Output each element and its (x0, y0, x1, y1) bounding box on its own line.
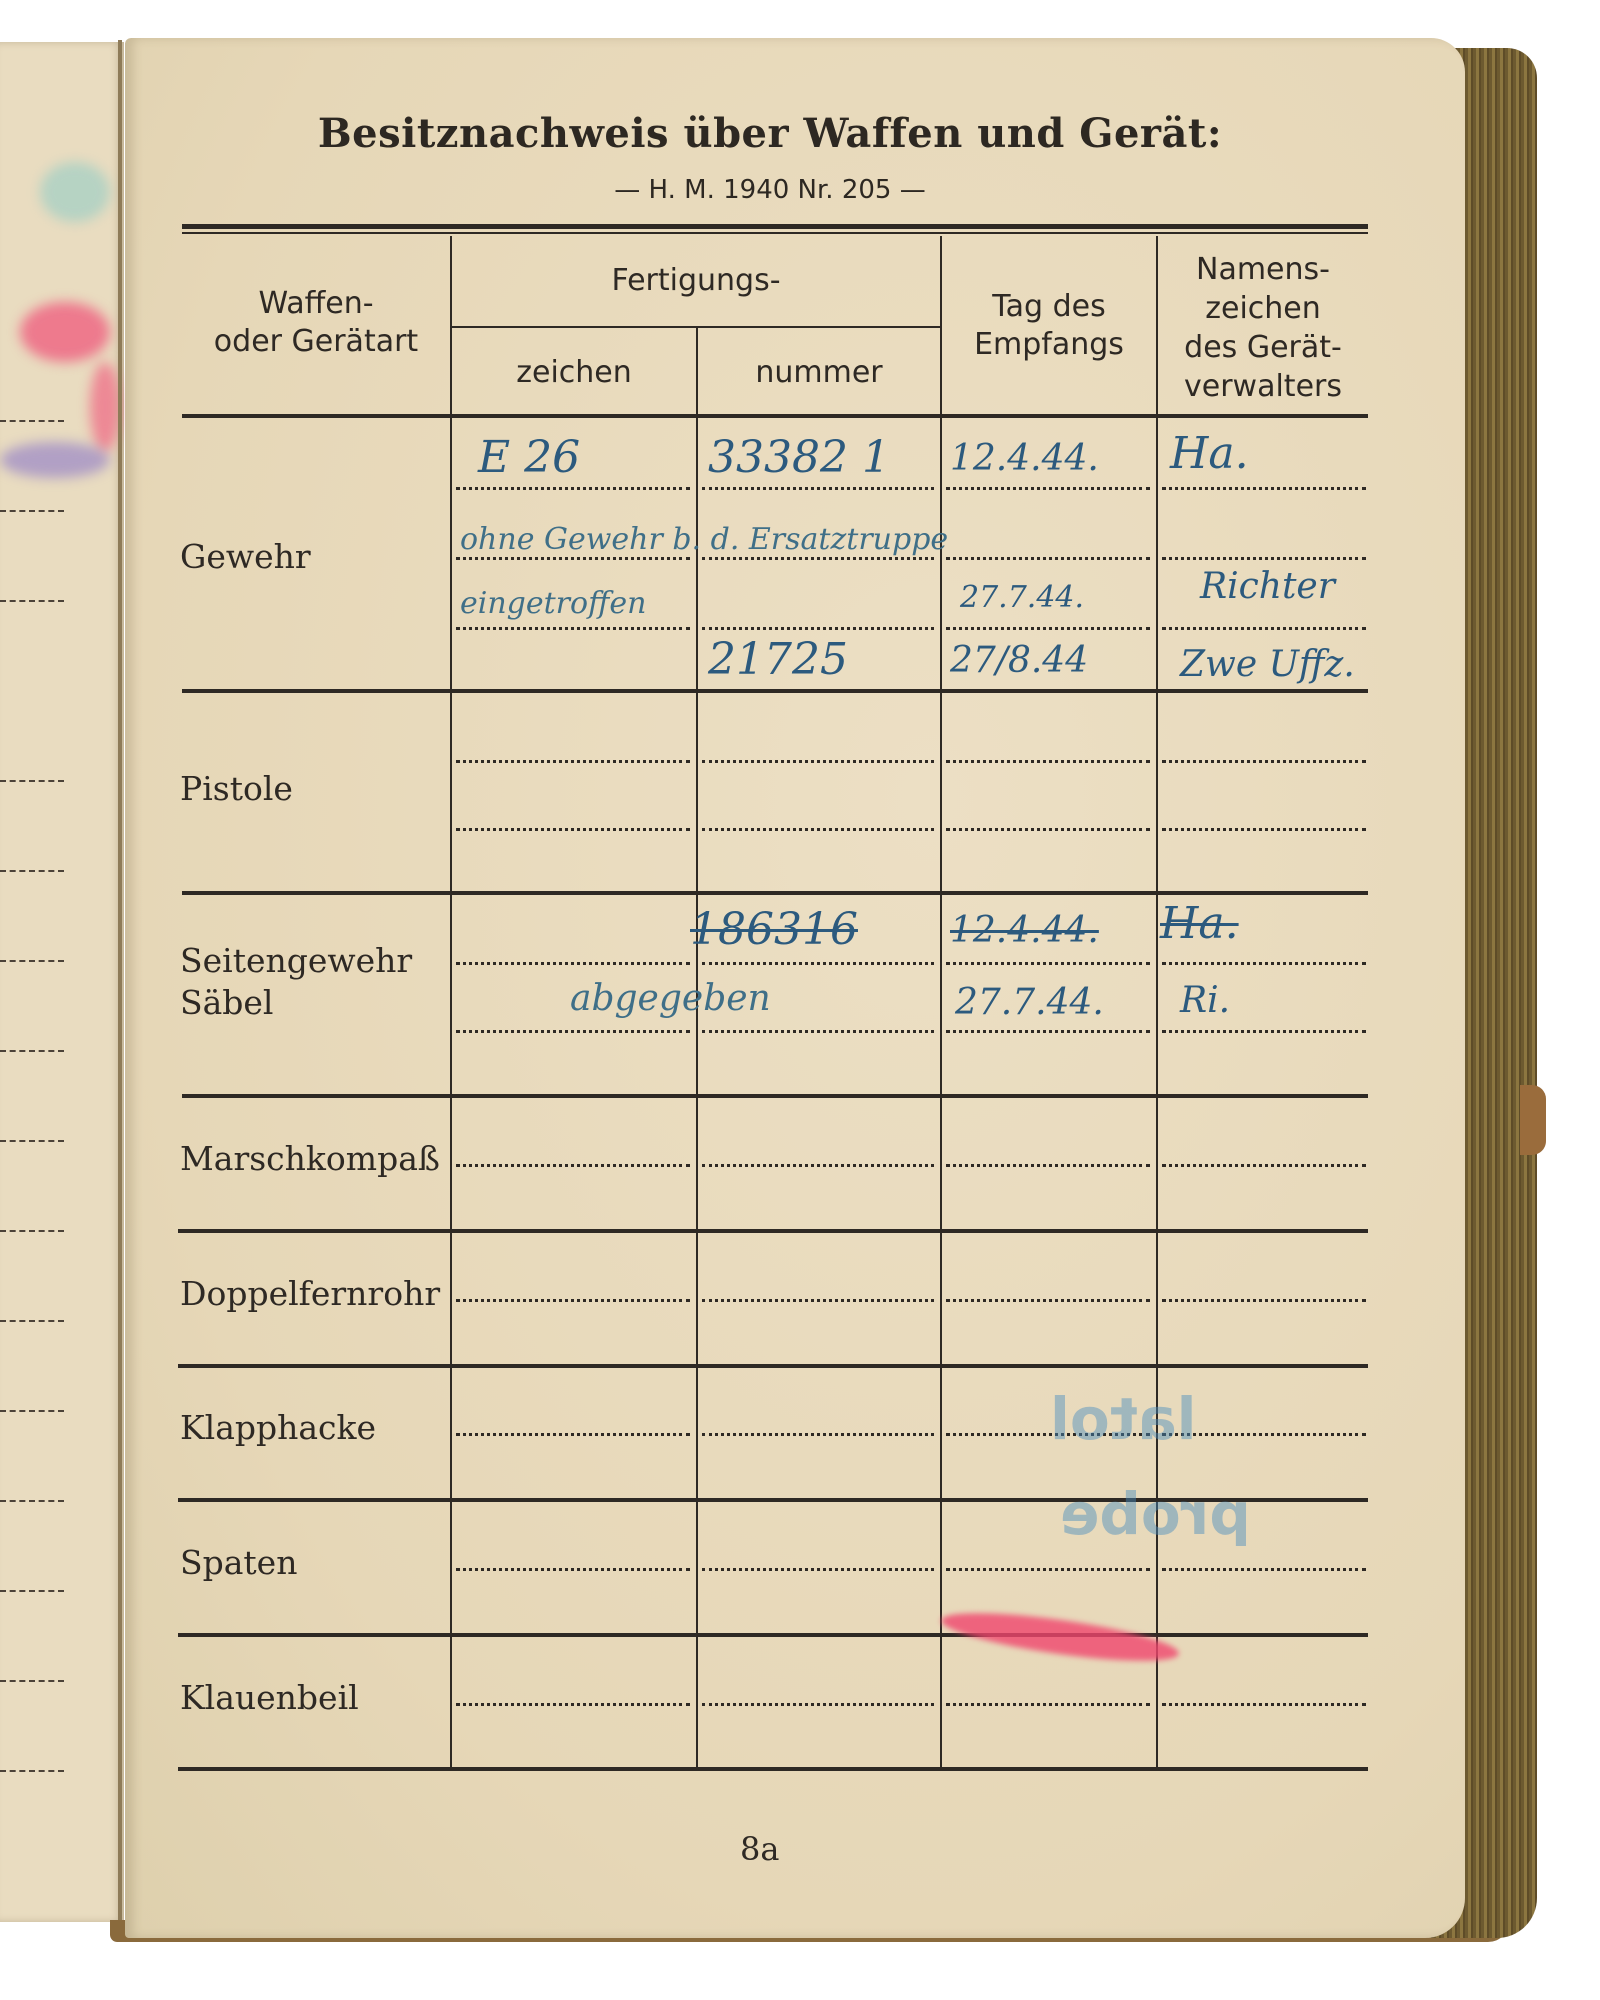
header-type-line1: Waffen- (182, 285, 450, 323)
dotted-line (946, 1703, 1150, 1706)
dotted-line (946, 1030, 1150, 1033)
dotted-line (702, 760, 934, 763)
row-rule (182, 689, 1368, 693)
left-page-dotted-line (0, 1590, 64, 1592)
header-bottom-rule (182, 414, 1368, 418)
page-title: Besitznachweis über Waffen und Gerät: (170, 110, 1370, 157)
gewehr-note: ohne Gewehr b. d. Ersatztruppe eingetrof… (460, 508, 1120, 636)
header-namenszeichen: Namens- zeichen des Gerät- verwalters (1158, 250, 1368, 406)
left-page (0, 42, 124, 1922)
header-namens-line3: des Gerät- (1158, 328, 1368, 367)
dotted-line (702, 1164, 934, 1167)
dotted-line (946, 1164, 1150, 1167)
seitengewehr-nummer-1: 186316 (690, 904, 858, 955)
dotted-line (456, 1164, 690, 1167)
gewehr-namenszeichen-3: Zwe Uffz. (1180, 644, 1355, 685)
dotted-line (456, 828, 690, 831)
gewehr-nummer-1: 33382 1 (708, 432, 890, 483)
left-page-dotted-line (0, 1680, 64, 1682)
seitengewehr-namenszeichen-1: Ha. (1160, 898, 1239, 949)
row-label-seitengewehr-line1: Seitengewehr (180, 940, 412, 982)
header-nummer: nummer (698, 354, 940, 392)
row-label-klauenbeil: Klauenbeil (180, 1677, 359, 1719)
left-page-dotted-line (0, 1320, 64, 1322)
gewehr-zeichen-1: E 26 (478, 432, 580, 483)
dotted-line (456, 760, 690, 763)
left-page-dotted-line (0, 780, 64, 782)
row-label-seitengewehr: Seitengewehr Säbel (180, 940, 412, 1024)
dotted-line (1162, 627, 1366, 630)
header-type-line2: oder Gerätart (182, 323, 450, 361)
table-top-rule-thin (182, 232, 1368, 234)
dotted-line (946, 760, 1150, 763)
dotted-line (1162, 1030, 1366, 1033)
row-label-klapphacke: Klapphacke (180, 1407, 376, 1449)
stamp-offset-text-2: probe (1060, 1480, 1251, 1548)
left-page-dotted-line (0, 600, 64, 602)
ink-smear (40, 162, 110, 222)
dotted-line (702, 828, 934, 831)
dotted-line (1162, 962, 1366, 965)
dotted-line (1162, 557, 1366, 560)
header-namens-line2: zeichen (1158, 289, 1368, 328)
dotted-line (946, 1299, 1150, 1302)
stamp-offset-text-1: latol (1050, 1385, 1196, 1453)
dotted-line (1162, 1703, 1366, 1706)
left-page-dotted-line (0, 1410, 64, 1412)
column-rule (940, 236, 942, 1769)
left-page-dotted-line (0, 420, 64, 422)
dotted-line (1162, 1299, 1366, 1302)
left-page-dotted-line (0, 870, 64, 872)
column-rule (450, 236, 452, 1769)
dotted-line (702, 487, 934, 490)
row-rule (178, 1633, 1368, 1637)
seitengewehr-tag-2: 27.7.44. (955, 982, 1104, 1023)
dotted-line (946, 962, 1150, 965)
page-subtitle: — H. M. 1940 Nr. 205 — (170, 175, 1370, 205)
dotted-line (456, 1299, 690, 1302)
dotted-line (702, 1703, 934, 1706)
dotted-line (702, 1299, 934, 1302)
dotted-line (1162, 1568, 1366, 1571)
dotted-line (1162, 828, 1366, 831)
table-top-rule (182, 224, 1368, 229)
cover-tab (1520, 1085, 1546, 1155)
page-gutter (118, 40, 122, 1935)
header-zeichen: zeichen (452, 354, 696, 392)
left-page-dotted-line (0, 1230, 64, 1232)
dotted-line (456, 1568, 690, 1571)
row-rule (182, 1094, 1368, 1098)
header-namens-line1: Namens- (1158, 250, 1368, 289)
gewehr-tag-2: 27.7.44. (960, 580, 1084, 615)
dotted-line (702, 962, 934, 965)
dotted-line (1162, 1164, 1366, 1167)
left-page-dotted-line (0, 1770, 64, 1772)
dotted-line (1162, 487, 1366, 490)
dotted-line (456, 487, 690, 490)
purple-ink-smear (0, 442, 110, 478)
dotted-line (456, 962, 690, 965)
row-label-seitengewehr-line2: Säbel (180, 982, 412, 1024)
row-label-gewehr: Gewehr (180, 536, 311, 578)
row-rule (178, 1229, 1368, 1233)
header-tag-line2: Empfangs (942, 326, 1156, 364)
header-namens-line4: verwalters (1158, 367, 1368, 406)
pink-smear (90, 362, 120, 452)
page-number: 8a (740, 1830, 779, 1868)
row-label-doppelfernrohr: Doppelfernrohr (180, 1273, 440, 1315)
gewehr-namenszeichen-1: Ha. (1170, 428, 1249, 479)
gewehr-nummer-3: 21725 (708, 634, 848, 685)
dotted-line (456, 1703, 690, 1706)
dotted-line (702, 1030, 934, 1033)
dotted-line (456, 1433, 690, 1436)
row-label-spaten: Spaten (180, 1542, 297, 1584)
gewehr-tag-1: 12.4.44. (950, 438, 1099, 479)
left-page-dotted-line (0, 1050, 64, 1052)
gewehr-namenszeichen-2: Richter (1200, 566, 1335, 607)
dotted-line (946, 1568, 1150, 1571)
seitengewehr-note: abgegeben (570, 978, 771, 1019)
dotted-line (1162, 760, 1366, 763)
dotted-line (456, 1030, 690, 1033)
pink-smear (20, 302, 110, 362)
left-page-dotted-line (0, 960, 64, 962)
row-rule (182, 891, 1368, 895)
header-tag-line1: Tag des (942, 288, 1156, 326)
dotted-line (946, 487, 1150, 490)
header-type: Waffen- oder Gerätart (182, 285, 450, 361)
left-page-dotted-line (0, 510, 64, 512)
header-tag-des-empfangs: Tag des Empfangs (942, 288, 1156, 364)
seitengewehr-namenszeichen-2: Ri. (1180, 980, 1230, 1021)
row-label-pistole: Pistole (180, 768, 293, 810)
dotted-line (702, 1433, 934, 1436)
seitengewehr-tag-1: 12.4.44. (950, 910, 1099, 951)
header-fertigungs: Fertigungs- (452, 262, 940, 300)
row-rule (178, 1364, 1368, 1368)
table-bottom-rule (178, 1767, 1368, 1771)
dotted-line (946, 828, 1150, 831)
gewehr-tag-3: 27/8.44 (950, 640, 1088, 681)
left-page-dotted-line (0, 1140, 64, 1142)
left-page-dotted-line (0, 1500, 64, 1502)
dotted-line (702, 1568, 934, 1571)
row-label-marschkompass: Marschkompaß (180, 1138, 440, 1180)
